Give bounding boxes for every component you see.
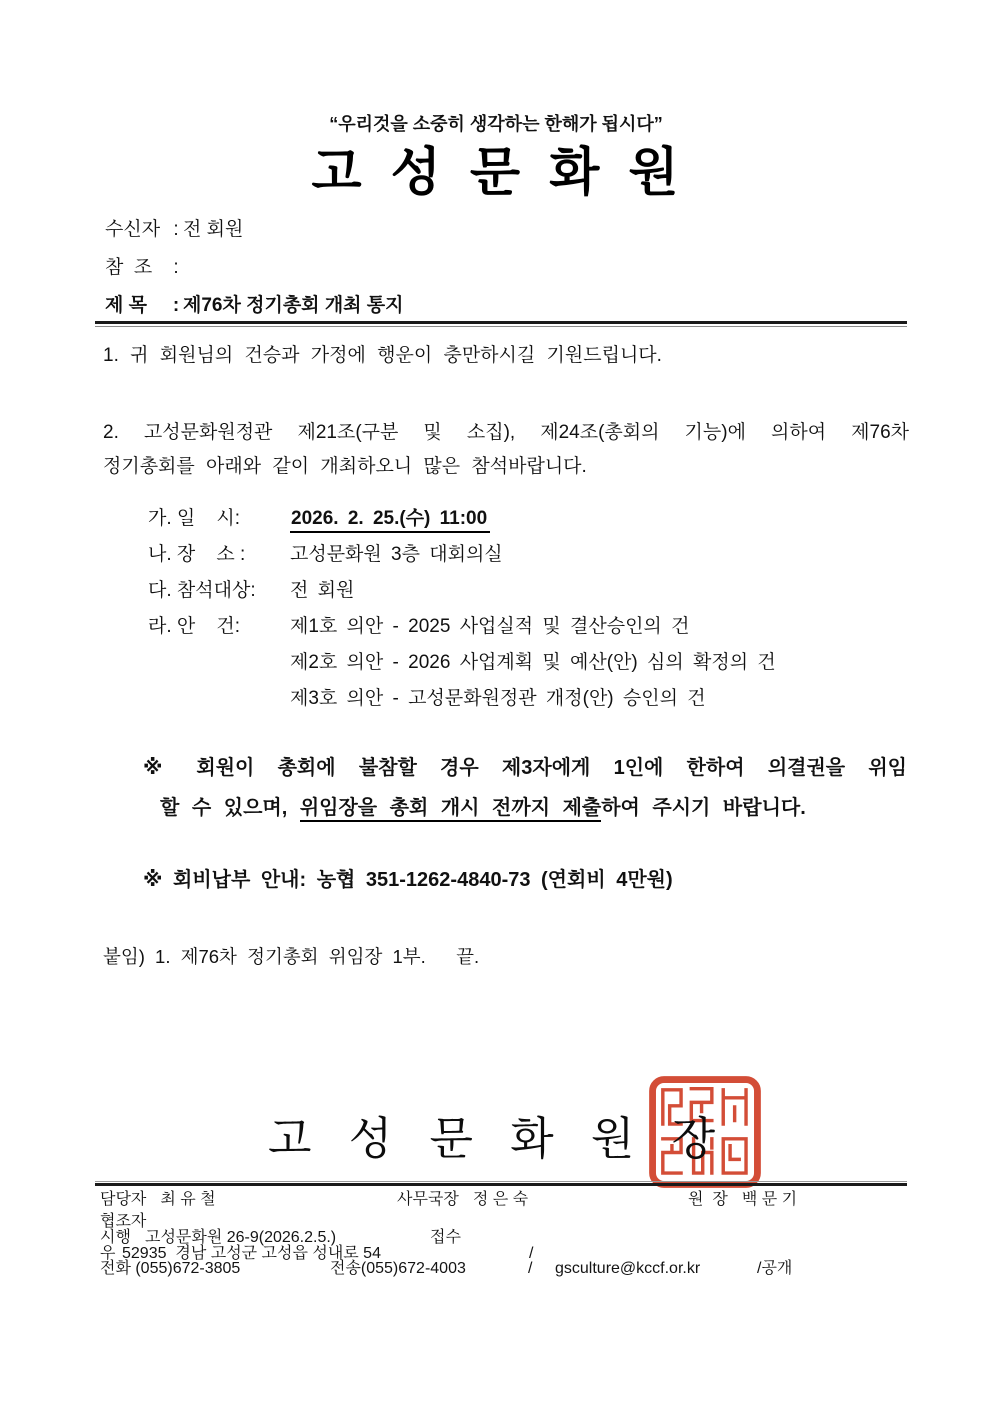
- staff-name: 정 은 숙: [473, 1191, 528, 1208]
- recipient-label: 수신자: [105, 219, 169, 241]
- staff-name: 최 유 철: [160, 1191, 215, 1208]
- agenda-bill-1-value: 제1호 의안 - 2025 사업실적 및 결산승인의 건: [290, 611, 689, 638]
- footer-staff-row: 담당자최 유 철 사무국장정 은 숙 원 장백 문 기: [100, 1191, 907, 1211]
- proxy-note-line-1: ※ 회원이 총회에 불참할 경우 제3자에게 1인에 한하여 의결권을 위임: [143, 748, 907, 788]
- cc-label: 참 조: [105, 257, 169, 279]
- recipient-colon: :: [169, 219, 183, 241]
- disclosure-label: /공개: [757, 1260, 792, 1278]
- staff-name: 백 문 기: [742, 1191, 797, 1208]
- cc-row: 참 조:: [105, 257, 183, 279]
- recipient-value: 전 회원: [183, 219, 243, 240]
- footer-staff-director: 원 장백 문 기: [688, 1191, 797, 1209]
- agenda-item-attendees: 다. 참석대상: 전 회원: [148, 575, 776, 611]
- agenda-attendees-value: 전 회원: [290, 575, 354, 602]
- agenda-item-bill-1: 라. 안 건: 제1호 의안 - 2025 사업실적 및 결산승인의 건: [148, 611, 776, 647]
- body-paragraph-1: 1. 귀 회원님의 건승과 가정에 행운이 충만하시길 기원드립니다.: [103, 340, 662, 367]
- letterhead-org-name: 고 성 문 화 원: [0, 130, 992, 205]
- agenda-label: 라. 안 건:: [148, 611, 290, 638]
- staff-role: 사무국장: [397, 1191, 459, 1208]
- signature-title: 고 성 문 화 원 장: [268, 1102, 715, 1167]
- recipient-row: 수신자:전 회원: [105, 219, 243, 241]
- body-paragraph-2-line-1: 2. 고성문화원정관 제21조(구분 및 소집), 제24조(총회의 기능)에 …: [103, 416, 909, 450]
- contact-slash: /: [528, 1260, 532, 1278]
- email-address: gsculture@kccf.or.kr: [555, 1260, 700, 1278]
- body-paragraph-2-line-2: 정기총회를 아래와 같이 개최하오니 많은 참석바랍니다.: [103, 450, 909, 484]
- agenda-label: 다. 참석대상:: [148, 575, 290, 602]
- subject-colon: :: [169, 295, 183, 317]
- agenda-datetime-value: 2026. 2. 25.(수) 11:00: [290, 503, 490, 533]
- subject-divider-rule: [95, 321, 907, 327]
- staff-role: 담당자: [100, 1191, 146, 1208]
- agenda-item-bill-2: 제2호 의안 - 2026 사업계획 및 예산(안) 심의 확정의 건: [148, 647, 776, 683]
- staff-role: 원 장: [688, 1191, 728, 1208]
- agenda-item-datetime: 가. 일 시: 2026. 2. 25.(수) 11:00: [148, 503, 776, 539]
- agenda-list: 가. 일 시: 2026. 2. 25.(수) 11:00 나. 장 소 : 고…: [148, 503, 776, 719]
- subject-row: 제 목:제76차 정기총회 개최 통지: [105, 295, 404, 317]
- subject-value: 제76차 정기총회 개최 통지: [183, 295, 404, 316]
- subject-label: 제 목: [105, 295, 169, 317]
- proxy-note-underlined-text: 위임장을 총회 개시 전까지 제출: [300, 797, 601, 822]
- body-paragraph-2: 2. 고성문화원정관 제21조(구분 및 소집), 제24조(총회의 기능)에 …: [103, 416, 909, 484]
- agenda-label: 나. 장 소 :: [148, 539, 290, 566]
- proxy-note: ※ 회원이 총회에 불참할 경우 제3자에게 1인에 한하여 의결권을 위임 할…: [143, 748, 907, 828]
- agenda-item-place: 나. 장 소 : 고성문화원 3층 대회의실: [148, 539, 776, 575]
- footer-divider-rule: [95, 1181, 907, 1186]
- footer-contact-row: 전화 (055)672-3805 전송(055)672-4003 / gscul…: [100, 1260, 907, 1278]
- proxy-note-line-2: 할 수 있으며, 위임장을 총회 개시 전까지 제출하여 주시기 바랍니다.: [143, 788, 907, 828]
- membership-fee-note: ※ 회비납부 안내: 농협 351-1262-4840-73 (연회비 4만원): [143, 863, 673, 892]
- agenda-label: 가. 일 시:: [148, 503, 290, 530]
- official-notice-document: “우리것을 소중히 생각하는 한해가 됩시다” 고 성 문 화 원 수신자:전 …: [0, 0, 992, 1403]
- agenda-item-bill-3: 제3호 의안 - 고성문화원정관 개정(안) 승인의 건: [148, 683, 776, 719]
- agenda-bill-2-value: 제2호 의안 - 2026 사업계획 및 예산(안) 심의 확정의 건: [290, 647, 776, 674]
- agenda-bill-3-value: 제3호 의안 - 고성문화원정관 개정(안) 승인의 건: [290, 683, 706, 710]
- proxy-note-line-2-post: 하여 주시기 바랍니다.: [601, 797, 806, 819]
- agenda-place-value: 고성문화원 3층 대회의실: [290, 539, 503, 566]
- phone-number: 전화 (055)672-3805: [100, 1260, 240, 1278]
- attachment-line: 붙임) 1. 제76차 정기총회 위임장 1부. 끝.: [103, 943, 479, 969]
- footer-staff-manager: 담당자최 유 철: [100, 1191, 216, 1209]
- fax-number: 전송(055)672-4003: [330, 1260, 466, 1278]
- proxy-note-line-2-pre: 할 수 있으며,: [160, 797, 300, 819]
- cc-colon: :: [169, 257, 183, 279]
- footer-staff-secretary-general: 사무국장정 은 숙: [397, 1191, 528, 1209]
